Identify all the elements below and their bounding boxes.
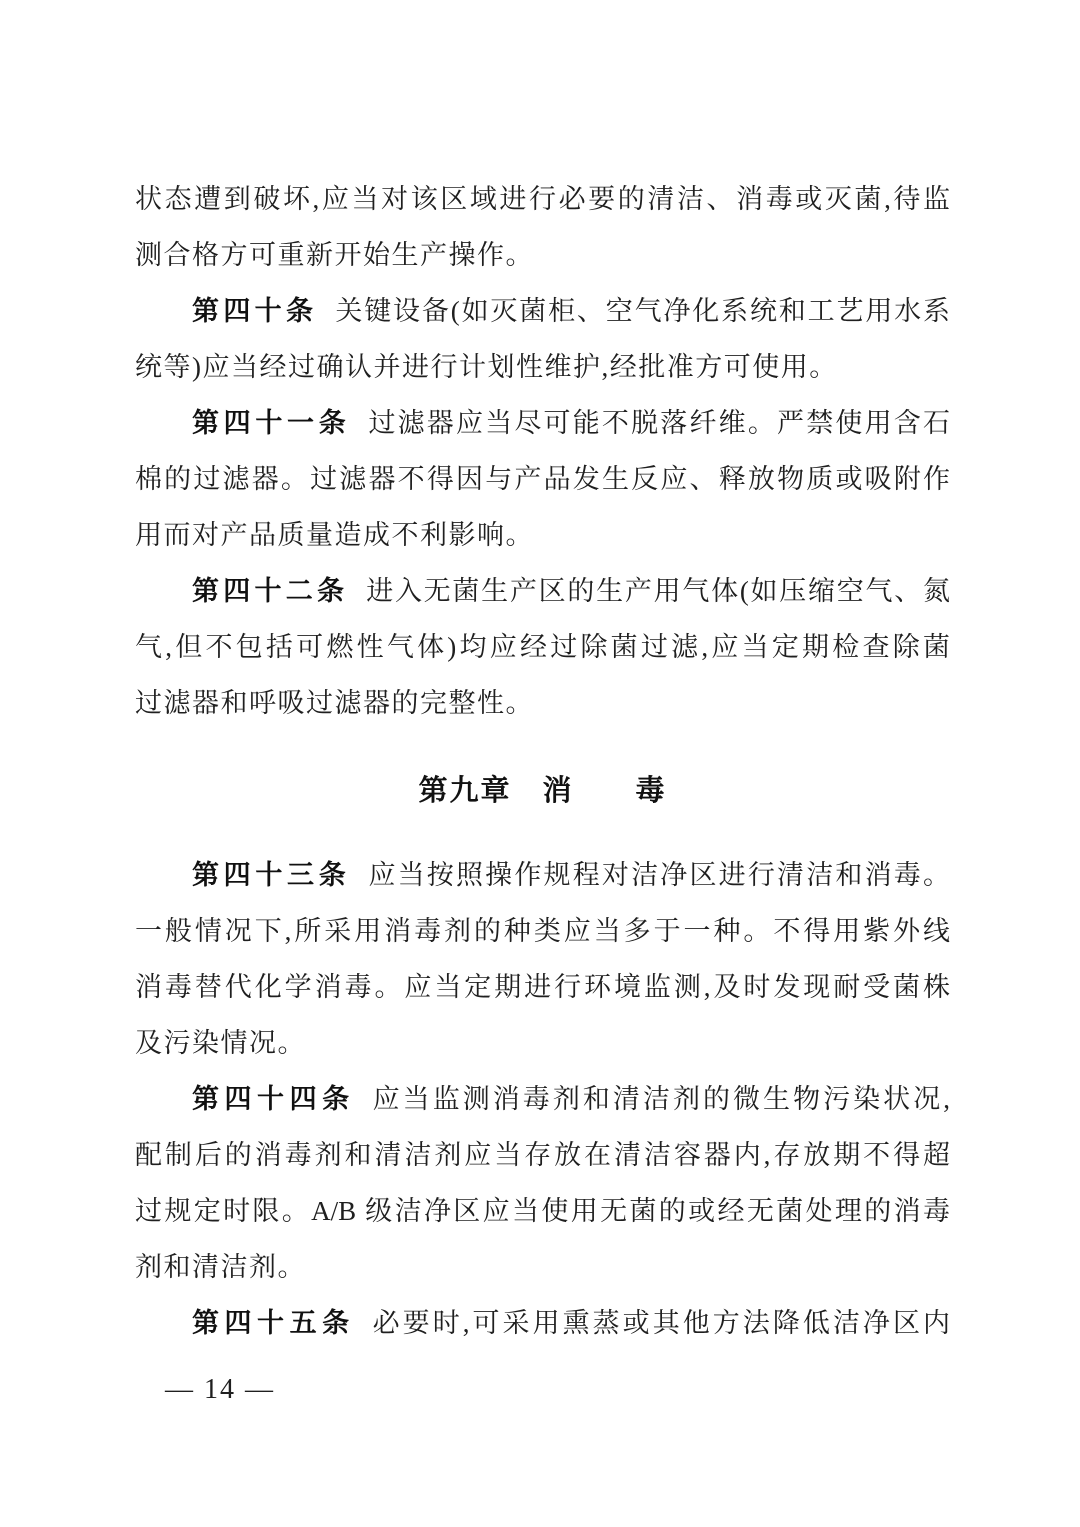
line-text: 状态遭到破坏,应当对该区域进行必要的清洁、消毒或灭菌,待监	[135, 184, 950, 214]
article-paragraph: 第四十一条过滤器应当尽可能不脱落纤维。严禁使用含石棉的过滤器。过滤器不得因与产品…	[135, 395, 950, 563]
line-text: 应当监测消毒剂和清洁剂的微生物污染状况,	[373, 1084, 950, 1114]
article-number-label: 第四十二条	[192, 576, 348, 606]
text-line: 气,但不包括可燃性气体)均应经过除菌过滤,应当定期检查除菌	[135, 619, 950, 675]
text-line: 第四十三条应当按照操作规程对洁净区进行清洁和消毒。	[135, 847, 950, 903]
text-line: 剂和清洁剂。	[135, 1239, 950, 1295]
text-line: 一般情况下,所采用消毒剂的种类应当多于一种。不得用紫外线	[135, 903, 950, 959]
text-line: 消毒替代化学消毒。应当定期进行环境监测,及时发现耐受菌株	[135, 959, 950, 1015]
text-line: 第四十二条进入无菌生产区的生产用气体(如压缩空气、氮	[135, 563, 950, 619]
line-text: 过规定时限。A/B 级洁净区应当使用无菌的或经无菌处理的消毒	[135, 1196, 950, 1226]
text-line: 第四十四条应当监测消毒剂和清洁剂的微生物污染状况,	[135, 1071, 950, 1127]
line-text: 棉的过滤器。过滤器不得因与产品发生反应、释放物质或吸附作	[135, 464, 950, 494]
article-number-label: 第四十四条	[192, 1084, 355, 1114]
page-number: — 14 —	[165, 1374, 275, 1405]
line-text: 必要时,可采用熏蒸或其他方法降低洁净区内	[373, 1308, 950, 1338]
article-number-label: 第四十三条	[192, 860, 350, 890]
line-text: 进入无菌生产区的生产用气体(如压缩空气、氮	[366, 576, 950, 606]
line-text: 应当按照操作规程对洁净区进行清洁和消毒。	[368, 860, 950, 890]
article-paragraph: 第四十五条必要时,可采用熏蒸或其他方法降低洁净区内	[135, 1295, 950, 1351]
text-line: 过规定时限。A/B 级洁净区应当使用无菌的或经无菌处理的消毒	[135, 1183, 950, 1239]
chapter-heading: 第九章 消 毒	[135, 763, 950, 819]
text-line: 棉的过滤器。过滤器不得因与产品发生反应、释放物质或吸附作	[135, 451, 950, 507]
text-line: 第四十一条过滤器应当尽可能不脱落纤维。严禁使用含石	[135, 395, 950, 451]
article-paragraph: 第四十三条应当按照操作规程对洁净区进行清洁和消毒。一般情况下,所采用消毒剂的种类…	[135, 847, 950, 1071]
text-line: 状态遭到破坏,应当对该区域进行必要的清洁、消毒或灭菌,待监	[135, 171, 950, 227]
line-text: 一般情况下,所采用消毒剂的种类应当多于一种。不得用紫外线	[135, 916, 950, 946]
article-number-label: 第四十五条	[192, 1308, 355, 1338]
article-paragraph: 第四十条关键设备(如灭菌柜、空气净化系统和工艺用水系统等)应当经过确认并进行计划…	[135, 283, 950, 395]
article-number-label: 第四十一条	[192, 408, 350, 438]
text-line: 第四十五条必要时,可采用熏蒸或其他方法降低洁净区内	[135, 1295, 950, 1351]
line-text: 关键设备(如灭菌柜、空气净化系统和工艺用水系	[335, 296, 950, 326]
line-text: 统等)应当经过确认并进行计划性维护,经批准方可使用。	[135, 352, 838, 382]
text-line: 测合格方可重新开始生产操作。	[135, 227, 950, 283]
line-text: 配制后的消毒剂和清洁剂应当存放在清洁容器内,存放期不得超	[135, 1140, 950, 1170]
text-line: 用而对产品质量造成不利影响。	[135, 507, 950, 563]
page-content: 状态遭到破坏,应当对该区域进行必要的清洁、消毒或灭菌,待监测合格方可重新开始生产…	[135, 171, 950, 1351]
text-line: 第四十条关键设备(如灭菌柜、空气净化系统和工艺用水系	[135, 283, 950, 339]
text-line: 统等)应当经过确认并进行计划性维护,经批准方可使用。	[135, 339, 950, 395]
line-text: 过滤器和呼吸过滤器的完整性。	[135, 688, 534, 718]
paragraph: 状态遭到破坏,应当对该区域进行必要的清洁、消毒或灭菌,待监测合格方可重新开始生产…	[135, 171, 950, 283]
line-text: 过滤器应当尽可能不脱落纤维。严禁使用含石	[368, 408, 950, 438]
article-number-label: 第四十条	[192, 296, 317, 326]
article-paragraph: 第四十四条应当监测消毒剂和清洁剂的微生物污染状况,配制后的消毒剂和清洁剂应当存放…	[135, 1071, 950, 1295]
line-text: 气,但不包括可燃性气体)均应经过除菌过滤,应当定期检查除菌	[135, 632, 950, 662]
line-text: 消毒替代化学消毒。应当定期进行环境监测,及时发现耐受菌株	[135, 972, 950, 1002]
text-line: 配制后的消毒剂和清洁剂应当存放在清洁容器内,存放期不得超	[135, 1127, 950, 1183]
text-line: 过滤器和呼吸过滤器的完整性。	[135, 675, 950, 731]
document-page: 状态遭到破坏,应当对该区域进行必要的清洁、消毒或灭菌,待监测合格方可重新开始生产…	[0, 0, 1080, 1527]
text-line: 及污染情况。	[135, 1015, 950, 1071]
line-text: 测合格方可重新开始生产操作。	[135, 240, 534, 270]
page-footer: — 14 —	[165, 1362, 275, 1418]
line-text: 用而对产品质量造成不利影响。	[135, 520, 534, 550]
article-paragraph: 第四十二条进入无菌生产区的生产用气体(如压缩空气、氮气,但不包括可燃性气体)均应…	[135, 563, 950, 731]
line-text: 及污染情况。	[135, 1028, 306, 1058]
line-text: 剂和清洁剂。	[135, 1252, 306, 1282]
